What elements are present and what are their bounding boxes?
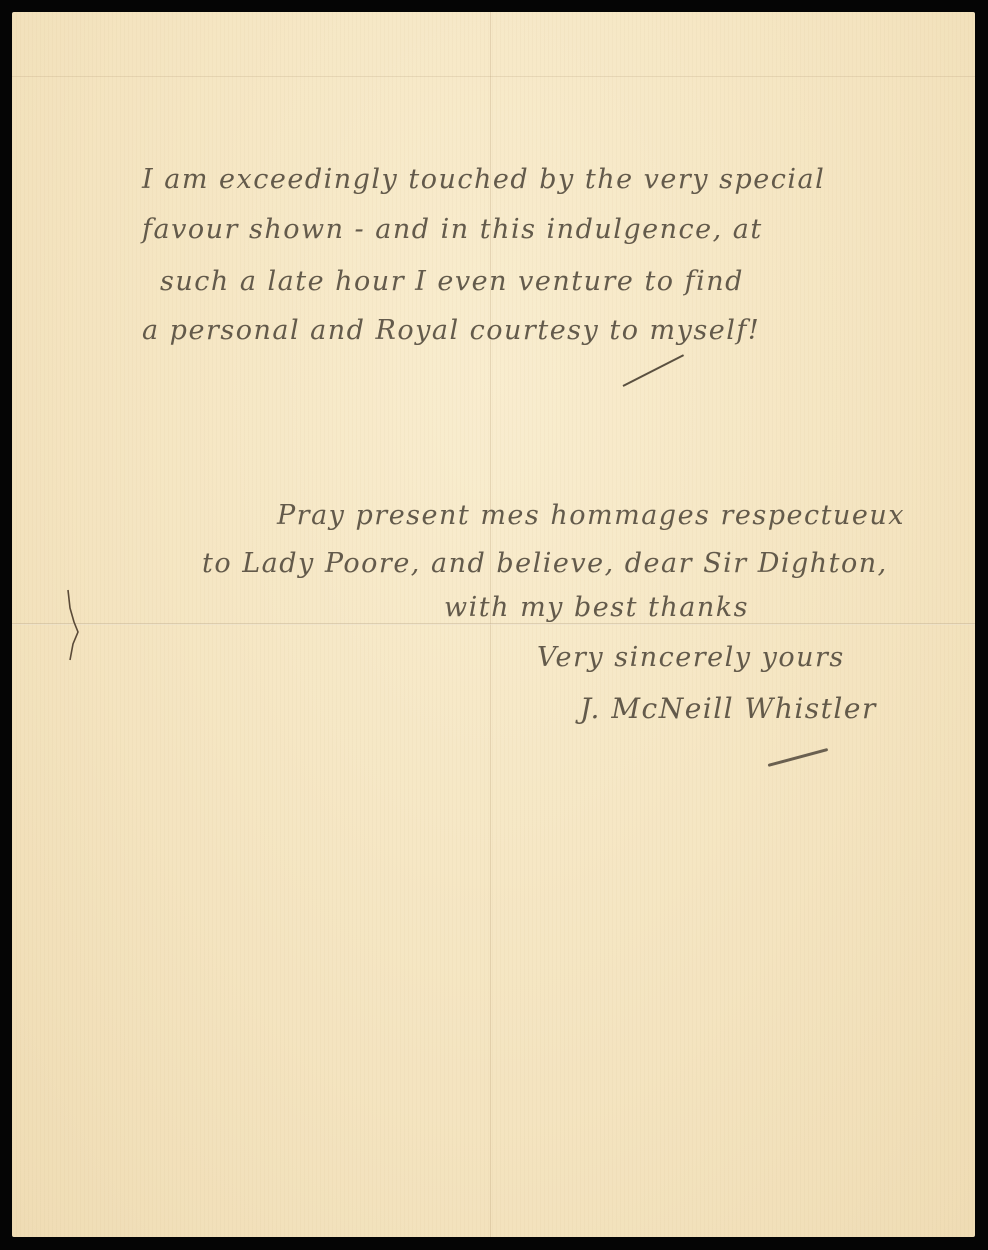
letter-body-line-3: such a late hour I even venture to find: [160, 266, 744, 297]
closing-line-3: with my best thanks: [444, 592, 749, 623]
closing-line-1: Pray present mes hommages respectueux: [277, 500, 905, 531]
horizontal-fold-line: [12, 623, 975, 625]
letter-body-line-4: a personal and Royal courtesy to myself!: [142, 315, 760, 346]
signoff: Very sincerely yours: [537, 642, 845, 673]
letter-body-line-1: I am exceedingly touched by the very spe…: [142, 164, 825, 195]
closing-line-2: to Lady Poore, and believe, dear Sir Dig…: [202, 548, 888, 579]
signature-flourish: [768, 748, 829, 767]
letter-body-line-2: favour shown - and in this indulgence, a…: [142, 214, 763, 245]
paper-tear-mark: [64, 588, 84, 668]
letter-page: I am exceedingly touched by the very spe…: [12, 12, 975, 1237]
signature: J. McNeill Whistler: [580, 692, 877, 725]
separator-stroke: [623, 354, 684, 387]
paper-crease: [12, 76, 975, 77]
